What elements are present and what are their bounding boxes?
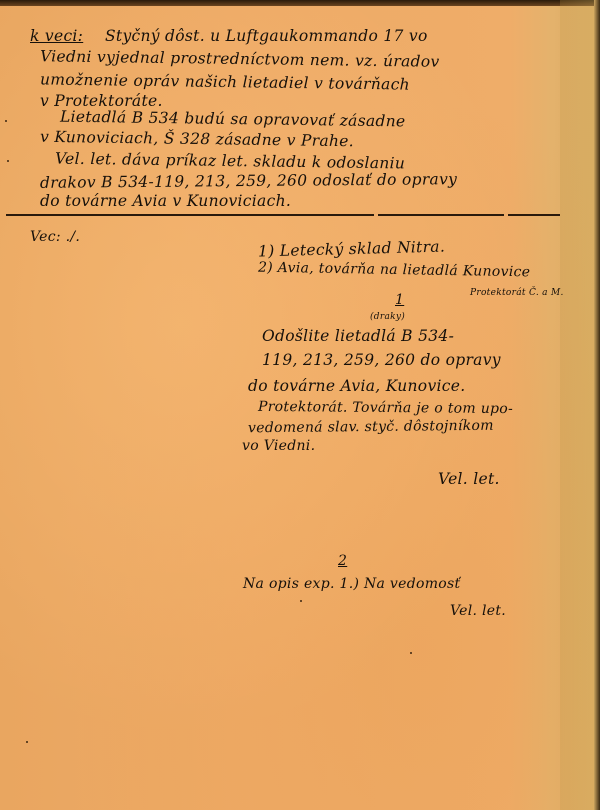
speck [5, 120, 7, 122]
body-line: vo Viedni. [242, 438, 315, 454]
body-line: Odošlite lietadlá B 534- [262, 327, 454, 345]
divider-rule [508, 214, 560, 216]
subject-label: k veci: [30, 27, 83, 45]
speck [26, 741, 28, 743]
recipient-note: Protektorát Č. a M. [470, 288, 564, 298]
paper-top-edge [0, 0, 600, 6]
body-line: 119, 213, 259, 260 do opravy [262, 351, 501, 369]
subject-line: drakov B 534-119, 213, 259, 260 odoslať … [40, 170, 457, 192]
body-line: Na opis exp. 1.) Na vedomosť [243, 576, 460, 592]
subject-line: umožnenie opráv našich lietadiel v továr… [40, 70, 410, 93]
subject-line: Viedni vyjednal prostredníctvom nem. vz.… [40, 47, 440, 71]
subject-line: Lietadlá B 534 budú sa opravovať zásadne [60, 108, 406, 131]
divider-rule [6, 214, 374, 216]
signature: Vel. let. [438, 470, 500, 488]
recipient-item: 2) Avia, továrňa na lietadlá Kunovice [258, 260, 531, 281]
subject-line: do továrne Avia v Kunoviciach. [40, 192, 291, 210]
section-number: 2 [338, 553, 347, 569]
document-page: k veci: Styčný dôst. u Luftgaukommando 1… [0, 0, 600, 810]
speck [300, 600, 302, 602]
speck [7, 160, 9, 162]
divider-rule [378, 214, 504, 216]
subject-line: Vel. let. dáva príkaz let. skladu k odos… [55, 150, 405, 173]
section-number: 1 [395, 292, 404, 308]
recipient-item: 1) Letecký sklad Nitra. [258, 238, 446, 261]
subject-line: v Kunoviciach, Š 328 zásadne v Prahe. [40, 128, 354, 150]
insert-note: (draky) [370, 312, 405, 322]
body-line: do továrne Avia, Kunovice. [248, 377, 465, 395]
paper-right-edge [594, 0, 600, 810]
body-line: Protektorát. Továrňa je o tom upo- [258, 399, 513, 417]
subject-line: Styčný dôst. u Luftgaukommando 17 vo [105, 27, 428, 45]
body-line: vedomená slav. styč. dôstojníkom [248, 418, 494, 437]
speck [410, 652, 412, 654]
vec-label: Vec: ./. [30, 229, 80, 245]
signature: Vel. let. [450, 603, 506, 619]
